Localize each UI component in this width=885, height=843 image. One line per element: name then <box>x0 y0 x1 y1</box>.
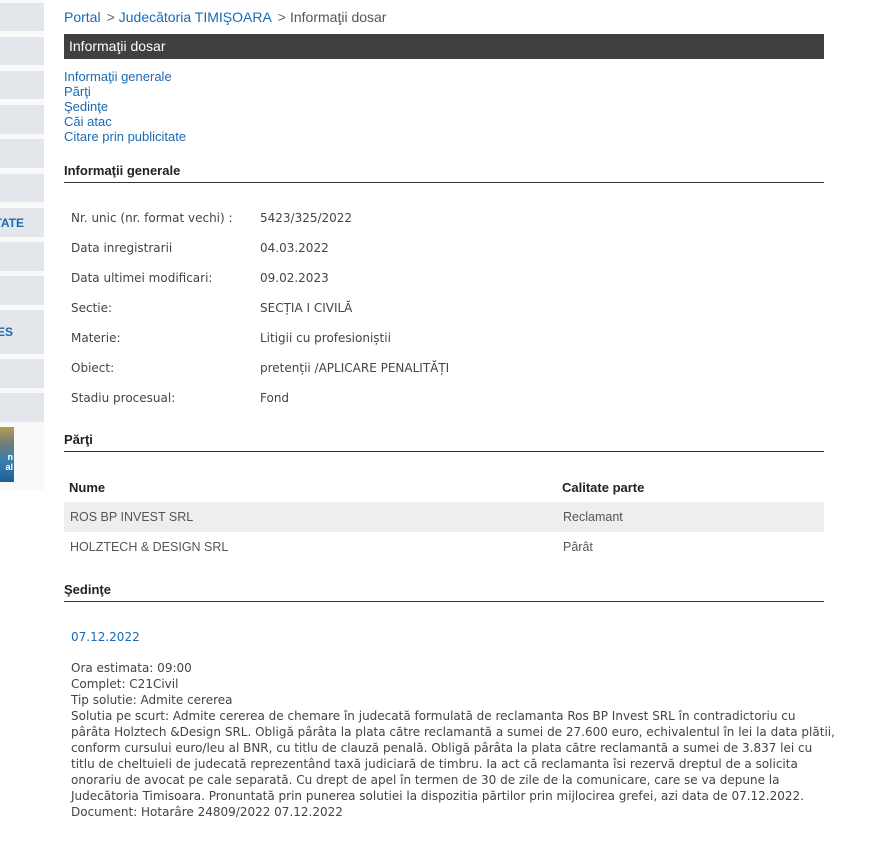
column-header-calitate: Calitate parte <box>557 472 824 502</box>
banner-text: al <box>5 463 13 472</box>
sidebar-item[interactable] <box>0 359 44 388</box>
sidebar-item[interactable] <box>0 37 44 65</box>
party-role: Pârât <box>557 532 824 562</box>
table-row: ROS BP INVEST SRL Reclamant <box>64 502 824 532</box>
table-row: HOLZTECH & DESIGN SRL Pârât <box>64 532 824 562</box>
section-heading-sedinte: Şedinţe <box>64 582 824 602</box>
hearing-solution-line: Judecătoria Timisoara. Pronuntată prin p… <box>71 788 826 804</box>
breadcrumb: Portal>Judecătoria TIMIŞOARA>Informaţii … <box>64 9 386 25</box>
nav-link-parti[interactable]: Părţi <box>64 84 186 99</box>
hearing-date: 07.12.2022 <box>71 630 140 644</box>
sidebar-item-label: TATE <box>0 216 24 230</box>
hearing-document: Document: Hotarâre 24809/2022 07.12.2022 <box>71 804 826 820</box>
party-name: HOLZTECH & DESIGN SRL <box>64 532 557 562</box>
field-value: 5423/325/2022 <box>260 211 352 225</box>
table-header-row: Nume Calitate parte <box>64 472 824 502</box>
breadcrumb-court-link[interactable]: Judecătoria TIMIŞOARA <box>119 9 272 25</box>
page-title-bar: Informaţii dosar <box>64 34 824 59</box>
party-name: ROS BP INVEST SRL <box>64 502 557 532</box>
party-role: Reclamant <box>557 502 824 532</box>
field-label: Materie: <box>71 331 121 345</box>
hearing-panel: Complet: C21Civil <box>71 676 826 692</box>
nav-link-informatii-generale[interactable]: Informaţii generale <box>64 69 186 84</box>
sidebar-item[interactable] <box>0 105 44 134</box>
banner-text: n <box>8 453 14 462</box>
parti-table: Nume Calitate parte ROS BP INVEST SRL Re… <box>64 472 824 562</box>
field-value: SECȚIA I CIVILĂ <box>260 301 352 315</box>
field-value: 04.03.2022 <box>260 241 329 255</box>
hearing-details: Ora estimata: 09:00 Complet: C21Civil Ti… <box>71 660 826 820</box>
hearing-time: Ora estimata: 09:00 <box>71 660 826 676</box>
breadcrumb-portal-link[interactable]: Portal <box>64 9 101 25</box>
sidebar-item[interactable] <box>0 71 44 99</box>
nav-link-cai-atac[interactable]: Căi atac <box>64 114 186 129</box>
hearing-solution-type: Tip solutie: Admite cererea <box>71 692 826 708</box>
page-title: Informaţii dosar <box>64 38 165 54</box>
sidebar-item[interactable] <box>0 139 44 168</box>
breadcrumb-separator: > <box>278 9 286 25</box>
field-label: Data inregistrarii <box>71 241 172 255</box>
sidebar-item[interactable] <box>0 3 44 31</box>
field-label: Obiect: <box>71 361 114 375</box>
sidebar-item[interactable] <box>0 393 44 422</box>
field-value: Litigii cu profesioniștii <box>260 331 391 345</box>
sidebar-item-stare[interactable]: TATE <box>0 208 44 237</box>
field-label: Data ultimei modificari: <box>71 271 212 285</box>
sidebar-item-es[interactable]: ES <box>0 310 44 354</box>
sidebar-item[interactable] <box>0 242 44 271</box>
field-value: Fond <box>260 391 289 405</box>
field-value: 09.02.2023 <box>260 271 329 285</box>
hearing-solution-line: conform cursului euro/leu al BNR, cu tit… <box>71 740 826 756</box>
field-value: pretenții /APLICARE PENALITĂȚI <box>260 361 449 375</box>
breadcrumb-separator: > <box>107 9 115 25</box>
hearing-solution-line: onorariu de avocat pe cale separată. Cu … <box>71 772 826 788</box>
section-heading-general: Informaţii generale <box>64 163 824 183</box>
field-label: Sectie: <box>71 301 112 315</box>
portal-banner-image[interactable]: n al <box>0 427 14 482</box>
sidebar-item[interactable] <box>0 174 44 202</box>
left-sidebar: TATE ES n al <box>0 0 44 490</box>
field-label: Stadiu procesual: <box>71 391 175 405</box>
hearing-solution-line: titlu de cheltuieli de judecată reprezen… <box>71 756 826 772</box>
sidebar-item-label: ES <box>0 325 13 339</box>
field-label: Nr. unic (nr. format vechi) : <box>71 211 233 225</box>
nav-link-citare[interactable]: Citare prin publicitate <box>64 129 186 144</box>
section-nav: Informaţii generale Părţi Şedinţe Căi at… <box>64 69 186 144</box>
section-heading-parti: Părţi <box>64 432 824 452</box>
nav-link-sedinte[interactable]: Şedinţe <box>64 99 186 114</box>
sidebar-item[interactable] <box>0 276 44 305</box>
breadcrumb-current: Informaţii dosar <box>290 9 386 25</box>
column-header-nume: Nume <box>64 472 557 502</box>
hearing-solution-line: Solutia pe scurt: Admite cererea de chem… <box>71 708 826 724</box>
hearing-solution-line: pârâta Holztech &Design SRL. Obligă pârâ… <box>71 724 826 740</box>
